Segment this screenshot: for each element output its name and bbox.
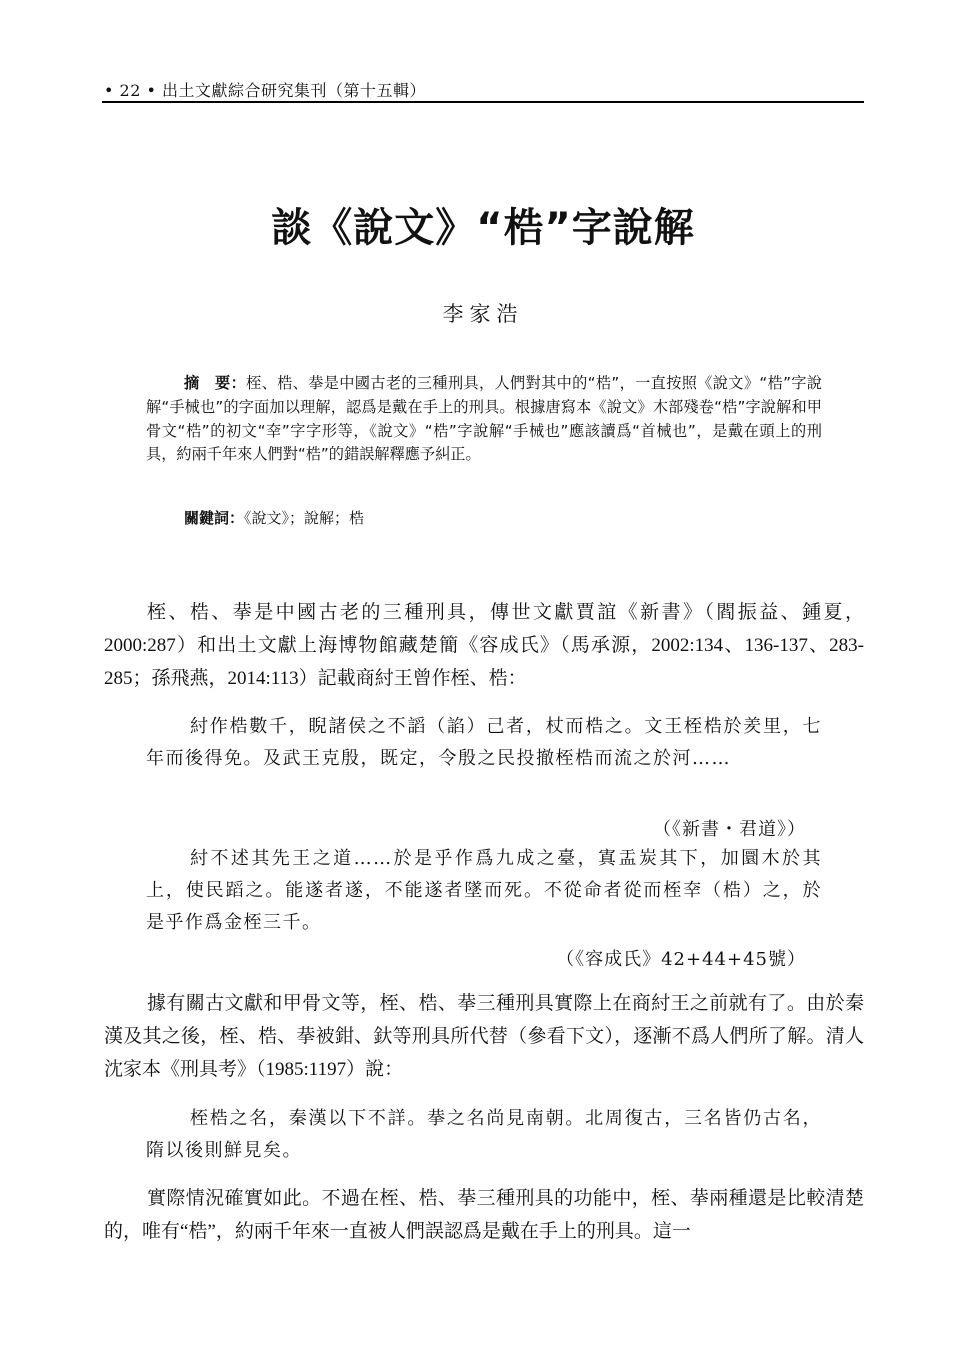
article-author: 李家浩 [0, 298, 966, 328]
body-paragraph-1: 桎、梏、拲是中國古老的三種刑具，傳世文獻賈誼《新書》（閻振益、鍾夏，2000:2… [104, 596, 864, 695]
article-title: 談《說文》“梏”字說解 [0, 196, 966, 253]
abstract: 摘 要：桎、梏、拲是中國古老的三種刑具，人們對其中的“梏”，一直按照《說文》“梏… [146, 372, 822, 467]
header-rule [102, 101, 864, 103]
body-paragraph-3: 實際情況確實如此。不過在桎、梏、拲三種刑具的功能中，桎、拲兩種還是比較清楚的，唯… [104, 1182, 864, 1248]
quote-xinshu: 紂作梏數千，睨諸侯之不謟（諂）己者，杖而梏之。文王桎梏於羑里，七年而後得免。及武… [146, 711, 822, 775]
abstract-label: 摘 要： [184, 374, 246, 392]
citation-rongchengshi: （《容成氏》42+44+45號） [556, 945, 806, 971]
keywords-label: 關鍵詞： [184, 509, 244, 527]
body-paragraph-2: 據有關古文獻和甲骨文等，桎、梏、拲三種刑具實際上在商紂王之前就有了。由於秦漢及其… [104, 987, 864, 1086]
keywords-text: 《說文》；說解；梏 [244, 509, 364, 527]
quote-xingjukao: 桎梏之名，秦漢以下不詳。拲之名尚見南朝。北周復古，三名皆仍古名，隋以後則鮮見矣。 [146, 1103, 822, 1167]
quote-rongchengshi: 紂不述其先王之道……於是乎作爲九成之臺，寘盂炭其下，加圜木於其上，使民蹈之。能遂… [146, 843, 822, 939]
keywords: 關鍵詞：《說文》；說解；梏 [184, 507, 364, 528]
citation-xinshu: （《新書・君道》） [653, 815, 806, 841]
running-head: • 22 • 出土文獻綜合研究集刊（第十五輯） [104, 78, 426, 101]
abstract-text: 桎、梏、拲是中國古老的三種刑具，人們對其中的“梏”，一直按照《說文》“梏”字說解… [146, 374, 822, 463]
